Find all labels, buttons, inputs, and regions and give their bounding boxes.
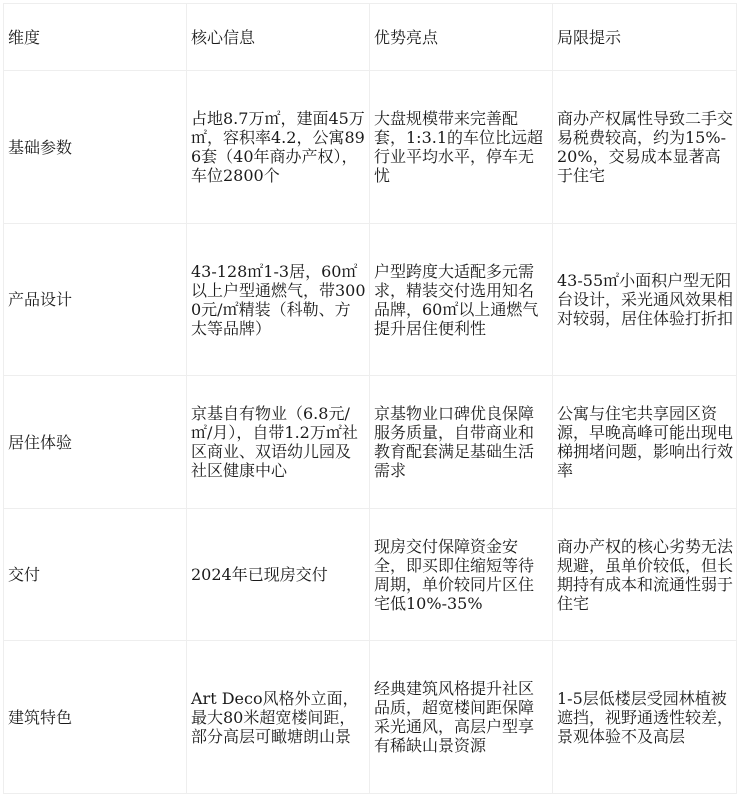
table-row: 产品设计 43-128㎡1-3居，60㎡以上户型通燃气，带3000元/㎡精装（科… bbox=[4, 224, 737, 376]
row-limitations: 商办产权的核心劣势无法规避，虽单价较低，但长期持有成本和流通性弱于住宅 bbox=[553, 509, 737, 641]
row-highlights: 经典建筑风格提升社区品质，超宽楼间距保障采光通风，高层户型享有稀缺山景资源 bbox=[370, 641, 553, 794]
table-header-row: 维度 核心信息 优势亮点 局限提示 bbox=[4, 4, 737, 71]
row-highlights: 大盘规模带来完善配套，1:3.1的车位比远超行业平均水平，停车无忧 bbox=[370, 71, 553, 224]
table-row: 基础参数 占地8.7万㎡，建面45万㎡，容积率4.2，公寓896套（40年商办产… bbox=[4, 71, 737, 224]
header-limitations: 局限提示 bbox=[553, 4, 737, 71]
row-dimension: 基础参数 bbox=[4, 71, 187, 224]
row-core-info: 43-128㎡1-3居，60㎡以上户型通燃气，带3000元/㎡精装（科勒、方太等… bbox=[187, 224, 370, 376]
row-dimension: 产品设计 bbox=[4, 224, 187, 376]
row-highlights: 京基物业口碑优良保障服务质量，自带商业和教育配套满足基础生活需求 bbox=[370, 376, 553, 509]
row-highlights: 现房交付保障资金安全，即买即住缩短等待周期，单价较同片区住宅低10%-35% bbox=[370, 509, 553, 641]
row-core-info: 占地8.7万㎡，建面45万㎡，容积率4.2，公寓896套（40年商办产权），车位… bbox=[187, 71, 370, 224]
header-dimension: 维度 bbox=[4, 4, 187, 71]
row-limitations: 商办产权属性导致二手交易税费较高，约为15%-20%，交易成本显著高于住宅 bbox=[553, 71, 737, 224]
table-row: 交付 2024年已现房交付 现房交付保障资金安全，即买即住缩短等待周期，单价较同… bbox=[4, 509, 737, 641]
header-core-info: 核心信息 bbox=[187, 4, 370, 71]
row-core-info: Art Deco风格外立面，最大80米超宽楼间距，部分高层可瞰塘朗山景 bbox=[187, 641, 370, 794]
row-limitations: 43-55㎡小面积户型无阳台设计，采光通风效果相对较弱，居住体验打折扣 bbox=[553, 224, 737, 376]
row-core-info: 2024年已现房交付 bbox=[187, 509, 370, 641]
row-highlights: 户型跨度大适配多元需求，精装交付选用知名品牌，60㎡以上通燃气提升居住便利性 bbox=[370, 224, 553, 376]
comparison-table: 维度 核心信息 优势亮点 局限提示 基础参数 占地8.7万㎡，建面45万㎡，容积… bbox=[3, 3, 737, 794]
row-dimension: 建筑特色 bbox=[4, 641, 187, 794]
row-limitations: 1-5层低楼层受园林植被遮挡，视野通透性较差，景观体验不及高层 bbox=[553, 641, 737, 794]
row-limitations: 公寓与住宅共享园区资源，早晚高峰可能出现电梯拥堵问题，影响出行效率 bbox=[553, 376, 737, 509]
row-dimension: 交付 bbox=[4, 509, 187, 641]
row-dimension: 居住体验 bbox=[4, 376, 187, 509]
row-core-info: 京基自有物业（6.8元/㎡/月），自带1.2万㎡社区商业、双语幼儿园及社区健康中… bbox=[187, 376, 370, 509]
header-highlights: 优势亮点 bbox=[370, 4, 553, 71]
table-row: 建筑特色 Art Deco风格外立面，最大80米超宽楼间距，部分高层可瞰塘朗山景… bbox=[4, 641, 737, 794]
table-row: 居住体验 京基自有物业（6.8元/㎡/月），自带1.2万㎡社区商业、双语幼儿园及… bbox=[4, 376, 737, 509]
